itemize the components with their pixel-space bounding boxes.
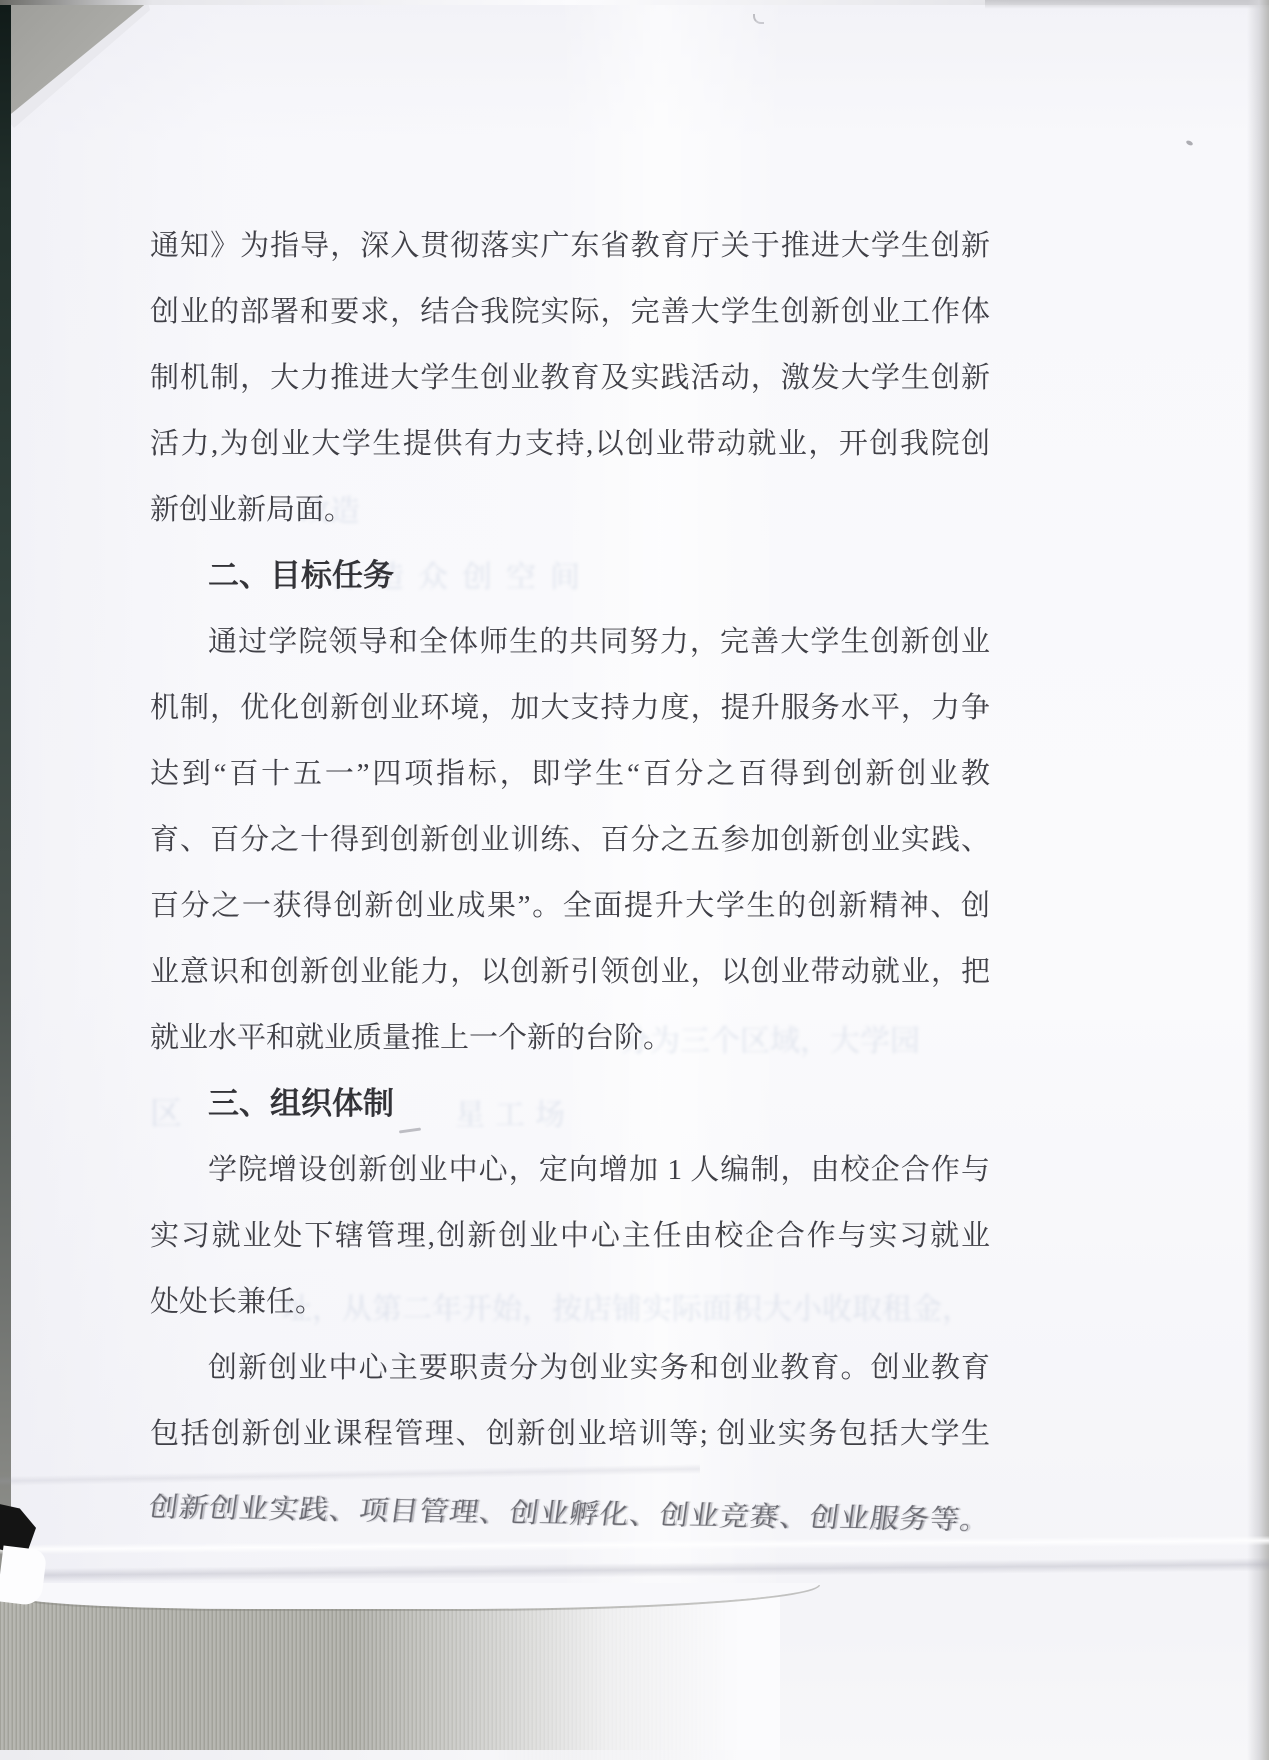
- paragraph-first-line: 学院增设创新创业中心，定向增加 1 人编制，由校企合作与: [150, 1137, 990, 1203]
- text-line: 达到“百十五一”四项指标，即学生“百分之百得到创新创业教: [150, 741, 990, 807]
- text-line: 育、百分之十得到创新创业训练、百分之五参加创新创业实践、: [150, 807, 990, 873]
- scan-right-edge: [1247, 0, 1269, 1760]
- text-line: 实习就业处下辖管理,创新创业中心主任由校企合作与实习就业: [150, 1203, 990, 1269]
- dust-speck: [753, 14, 764, 24]
- paragraph-end-line: 新创业新局面。: [150, 477, 990, 543]
- text-line: 百分之一获得创新创业成果”。全面提升大学生的创新精神、创: [150, 873, 990, 939]
- text-line: 制机制，大力推进大学生创业教育及实践活动，激发大学生创新: [150, 345, 990, 411]
- paragraph-end-line: 处处长兼任。: [150, 1269, 990, 1335]
- text-line: 机制，优化创新创业环境，加大支持力度，提升服务水平，力争: [150, 675, 990, 741]
- section-heading-goals: 二、目标任务: [150, 543, 990, 609]
- scan-bottom-strip: [0, 1750, 820, 1760]
- dust-speck: [1185, 140, 1193, 147]
- scanner-bed-area: [0, 1597, 780, 1760]
- scan-top-right-shade: [985, 0, 1269, 9]
- scanned-page: 改造 打造众创空间 分为三个区域，大学园 区 星工场 址，从第二年开始，按店铺实…: [0, 0, 1269, 1760]
- text-line: 包括创新创业课程管理、创新创业培训等; 创业实务包括大学生: [150, 1401, 990, 1467]
- paragraph-first-line: 创新创业中心主要职责分为创业实务和创业教育。创业教育: [150, 1335, 990, 1401]
- text-line: 活力,为创业大学生提供有力支持,以创业带动就业，开创我院创: [150, 411, 990, 477]
- text-line: 通知》为指导，深入贯彻落实广东省教育厅关于推进大学生创新: [150, 213, 990, 279]
- section-heading-organization: 三、组织体制: [150, 1071, 990, 1137]
- paper-crease-shadow: [0, 1557, 1269, 1582]
- paragraph-end-line: 就业水平和就业质量推上一个新的台阶。: [150, 1005, 990, 1071]
- scan-left-edge: [0, 0, 11, 1615]
- document-body: 通知》为指导，深入贯彻落实广东省教育厅关于推进大学生创新 创业的部署和要求，结合…: [150, 213, 990, 1533]
- text-line: 业意识和创新创业能力，以创新引领创业，以创业带动就业，把: [150, 939, 990, 1005]
- paragraph-first-line: 通过学院领导和全体师生的共同努力，完善大学生创新创业: [150, 609, 990, 675]
- text-line: 创业的部署和要求，结合我院实际，完善大学生创新创业工作体: [150, 279, 990, 345]
